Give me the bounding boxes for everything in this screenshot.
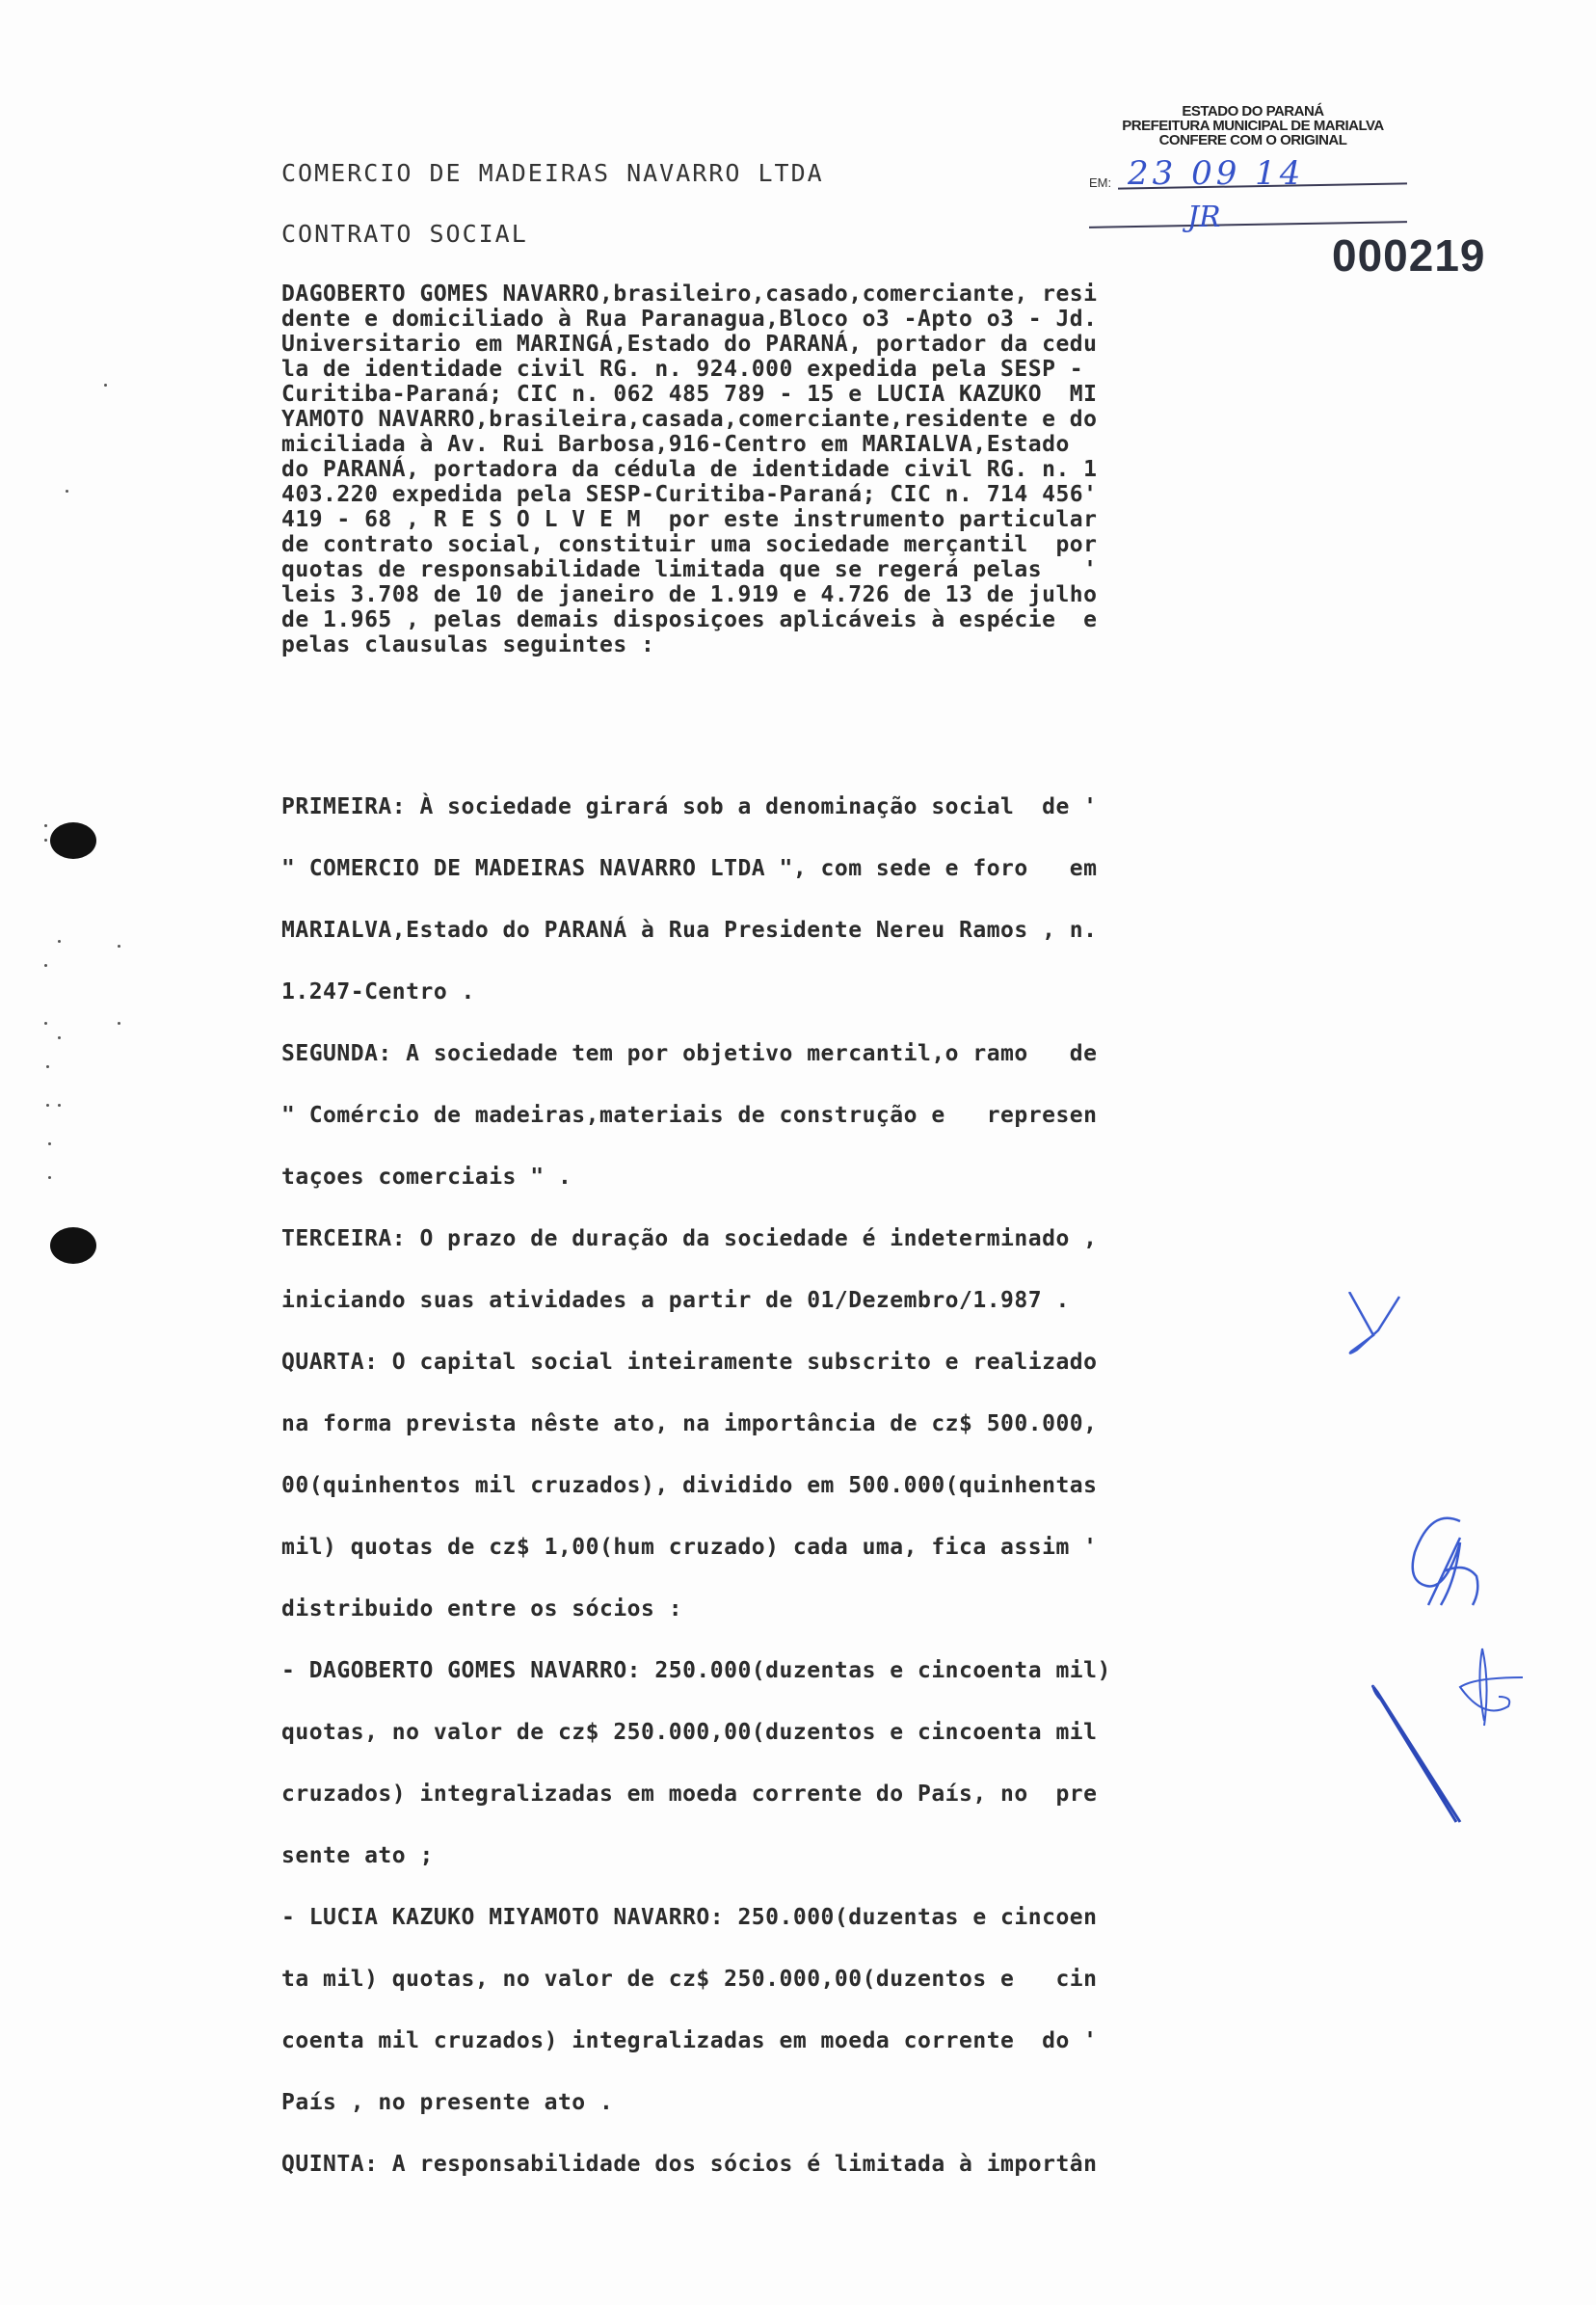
clause-terceira-line: iniciando suas atividades a partir de 01… <box>281 1270 1370 1331</box>
partner-quota-line: quotas, no valor de cz$ 250.000,00(duzen… <box>281 1702 1370 1763</box>
clause-quarta-line: QUARTA: O capital social inteiramente su… <box>281 1331 1370 1393</box>
clause-segunda-line: " Comércio de madeiras,materiais de cons… <box>281 1085 1370 1146</box>
clause-segunda-line: SEGUNDA: A sociedade tem por objetivo me… <box>281 1023 1370 1085</box>
partner-quota-line: ta mil) quotas, no valor de cz$ 250.000,… <box>281 1948 1370 2010</box>
stamp-handwritten-date: 23 09 14 <box>1128 154 1304 193</box>
text-line: YAMOTO NAVARRO,brasileira,casada,comerci… <box>281 407 1370 432</box>
text-line: leis 3.708 de 10 de janeiro de 1.919 e 4… <box>281 582 1370 607</box>
text-line: 403.220 expedida pela SESP-Curitiba-Para… <box>281 482 1370 507</box>
stamp-line-prefecture: PREFEITURA MUNICIPAL DE MARIALVA <box>1079 119 1426 133</box>
partner-quota-line: - DAGOBERTO GOMES NAVARRO: 250.000(duzen… <box>281 1640 1370 1702</box>
text-line: 419 - 68 , R E S O L V E M por este inst… <box>281 507 1370 532</box>
partner-quota-line: - LUCIA KAZUKO MIYAMOTO NAVARRO: 250.000… <box>281 1887 1370 1948</box>
rubric-signature-2 <box>1407 1514 1494 1629</box>
text-line: de contrato social, constituir uma socie… <box>281 532 1370 557</box>
clause-quarta-line: distribuido entre os sócios : <box>281 1578 1370 1640</box>
stamp-signature-line <box>1089 221 1407 228</box>
text-line: Curitiba-Paraná; CIC n. 062 485 789 - 15… <box>281 382 1370 407</box>
clauses-section: PRIMEIRA: À sociedade girará sob a denom… <box>281 776 1370 2195</box>
text-line: de 1.965 , pelas demais disposiçoes apli… <box>281 607 1370 632</box>
text-line: quotas de responsabilidade limitada que … <box>281 557 1370 582</box>
company-name-header: COMERCIO DE MADEIRAS NAVARRO LTDA <box>281 159 824 187</box>
text-line: Universitario em MARINGÁ,Estado do PARAN… <box>281 332 1370 357</box>
clause-quarta-line: mil) quotas de cz$ 1,00(hum cruzado) cad… <box>281 1516 1370 1578</box>
clause-quarta-line: 00(quinhentos mil cruzados), dividido em… <box>281 1455 1370 1516</box>
clause-segunda-line: taçoes comerciais " . <box>281 1146 1370 1208</box>
partner-quota-line: coenta mil cruzados) integralizadas em m… <box>281 2010 1370 2072</box>
text-line: dente e domiciliado à Rua Paranagua,Bloc… <box>281 307 1370 332</box>
stamp-line-confere: CONFERE COM O ORIGINAL <box>1079 133 1426 147</box>
stamp-em-label: EM: <box>1089 175 1111 190</box>
clause-terceira-line: TERCEIRA: O prazo de duração da sociedad… <box>281 1208 1370 1270</box>
text-line: miciliada à Av. Rui Barbosa,916-Centro e… <box>281 432 1370 457</box>
clause-primeira-line: " COMERCIO DE MADEIRAS NAVARRO LTDA ", c… <box>281 838 1370 899</box>
partner-quota-line: País , no presente ato . <box>281 2072 1370 2133</box>
clause-primeira-line: MARIALVA,Estado do PARANÁ à Rua Presiden… <box>281 899 1370 961</box>
document-page: COMERCIO DE MADEIRAS NAVARRO LTDA CONTRA… <box>0 0 1596 2305</box>
text-line: DAGOBERTO GOMES NAVARRO,brasileiro,casad… <box>281 281 1370 307</box>
partner-quota-line: cruzados) integralizadas em moeda corren… <box>281 1763 1370 1825</box>
punch-hole-bottom <box>50 1227 96 1264</box>
rubric-signature-1 <box>1340 1292 1417 1369</box>
text-line: pelas clausulas seguintes : <box>281 632 1370 657</box>
authentication-stamp: ESTADO DO PARANÁ PREFEITURA MUNICIPAL DE… <box>1079 104 1426 147</box>
page-number: 000219 <box>1332 229 1486 281</box>
rubric-signature-4 <box>1364 1682 1470 1827</box>
text-line: do PARANÁ, portadora da cédula de identi… <box>281 457 1370 482</box>
punch-hole-top <box>50 822 96 859</box>
document-type-title: CONTRATO SOCIAL <box>281 220 528 248</box>
preamble-paragraph: DAGOBERTO GOMES NAVARRO,brasileiro,casad… <box>281 281 1370 657</box>
clause-primeira-line: 1.247-Centro . <box>281 961 1370 1023</box>
clause-quarta-line: na forma prevista nêste ato, na importân… <box>281 1393 1370 1455</box>
stamp-handwritten-initials: JR <box>1187 201 1221 234</box>
stamp-line-state: ESTADO DO PARANÁ <box>1079 104 1426 119</box>
clause-quinta-line: QUINTA: A responsabilidade dos sócios é … <box>281 2133 1370 2195</box>
clause-primeira-line: PRIMEIRA: À sociedade girará sob a denom… <box>281 776 1370 838</box>
text-line: la de identidade civil RG. n. 924.000 ex… <box>281 357 1370 382</box>
partner-quota-line: sente ato ; <box>281 1825 1370 1887</box>
